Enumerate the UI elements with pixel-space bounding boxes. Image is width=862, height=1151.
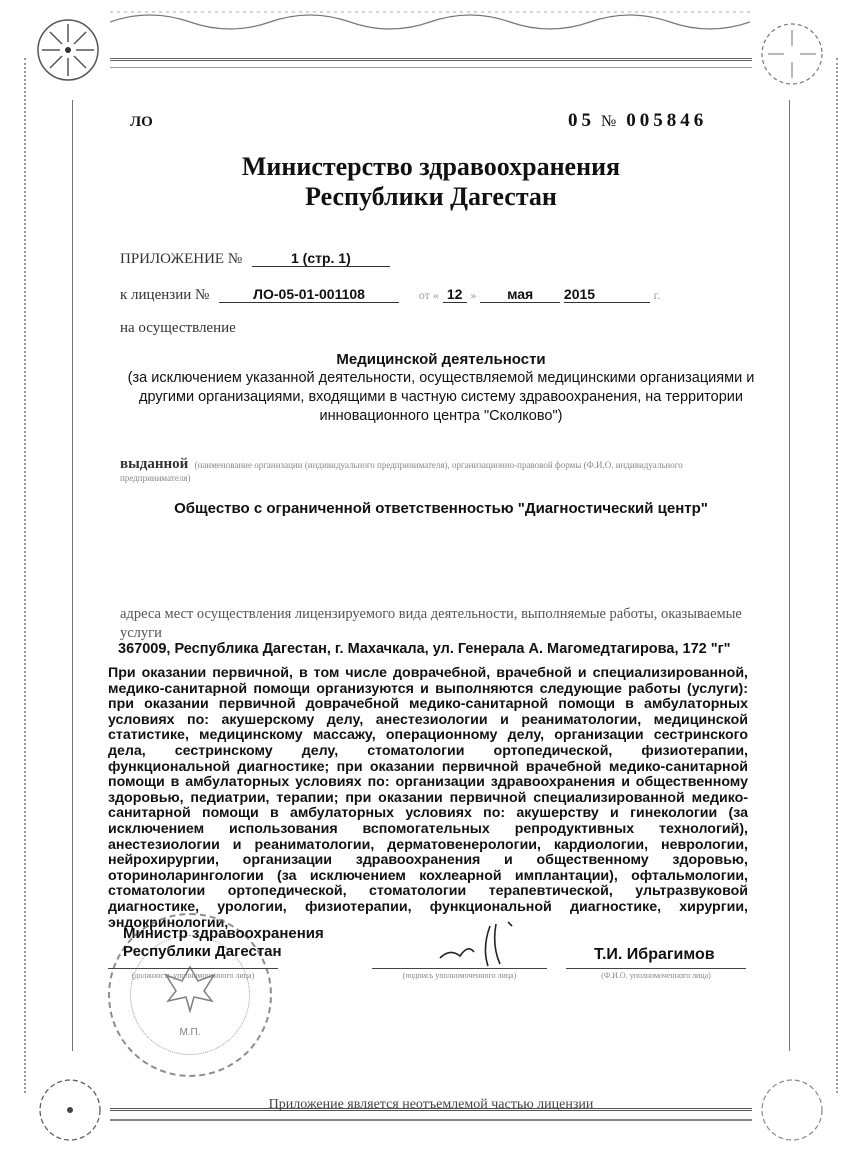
- serial-value: 005846: [626, 110, 707, 131]
- signatory-name: Т.И. Ибрагимов: [594, 946, 715, 964]
- ministry-line-1: Министерство здравоохранения: [0, 152, 862, 182]
- issued-to-row: выданной (наименование организации (инди…: [120, 458, 740, 485]
- stamp-initials: М.П.: [110, 1027, 270, 1038]
- wave-ornament: [110, 8, 750, 36]
- footer-note: Приложение является неотъемлемой частью …: [0, 1097, 862, 1113]
- signatory-position: Министр здравоохранения Республики Дагес…: [123, 925, 324, 961]
- services-text: При оказании первичной, в том числе довр…: [108, 666, 748, 931]
- licence-month: мая: [480, 286, 560, 303]
- licence-row: к лицензии № ЛО-05-01-001108 от « 12 » м…: [120, 286, 660, 304]
- date-from-label: от «: [419, 288, 439, 302]
- corner-rosette-icon: [752, 14, 832, 94]
- serial-number: 05№005846: [568, 110, 707, 132]
- activity-description: (за исключением указанной деятельности, …: [100, 369, 782, 426]
- position-line-2: Республики Дагестан: [123, 943, 324, 961]
- licence-day: 12: [443, 286, 467, 303]
- issued-to-hint: (наименование организации (индивидуально…: [120, 460, 683, 483]
- position-line-1: Министр здравоохранения: [123, 925, 324, 943]
- serial-region: 05: [568, 110, 595, 131]
- issued-to-label: выданной: [120, 456, 188, 472]
- organization-name: Общество с ограниченной ответственностью…: [100, 500, 782, 517]
- left-inner-border: [72, 100, 73, 1051]
- activity-block: Медицинской деятельности (за исключением…: [100, 350, 782, 426]
- purpose-label: на осуществление: [120, 320, 236, 337]
- appendix-label: ПРИЛОЖЕНИЕ №: [120, 251, 242, 267]
- corner-rosette-icon: [28, 10, 108, 90]
- address-value: 367009, Республика Дагестан, г. Махачкал…: [118, 641, 731, 657]
- address-label: адреса мест осуществления лицензируемого…: [120, 605, 760, 643]
- position-caption: (должность уполномоченного лица): [108, 968, 278, 980]
- appendix-row: ПРИЛОЖЕНИЕ № 1 (стр. 1): [120, 250, 390, 268]
- licence-label: к лицензии №: [120, 287, 209, 303]
- activity-title: Медицинской деятельности: [100, 350, 782, 369]
- licence-year: 2015: [564, 286, 650, 303]
- top-border-ornament: [110, 58, 752, 68]
- appendix-number: 1 (стр. 1): [252, 250, 390, 267]
- number-sign: №: [601, 113, 620, 130]
- date-day-close: »: [470, 288, 476, 302]
- signature-caption: (подпись уполномоченного лица): [372, 968, 547, 980]
- ministry-line-2: Республики Дагестан: [0, 182, 862, 212]
- series-prefix: ЛО: [130, 114, 153, 131]
- ministry-title: Министерство здравоохранения Республики …: [0, 152, 862, 212]
- year-suffix: г.: [654, 288, 661, 302]
- licence-number: ЛО-05-01-001108: [219, 286, 399, 303]
- name-caption: (Ф.И.О. уполномоченного лица): [566, 968, 746, 980]
- handwritten-signature: [430, 918, 540, 968]
- right-inner-border: [789, 100, 790, 1051]
